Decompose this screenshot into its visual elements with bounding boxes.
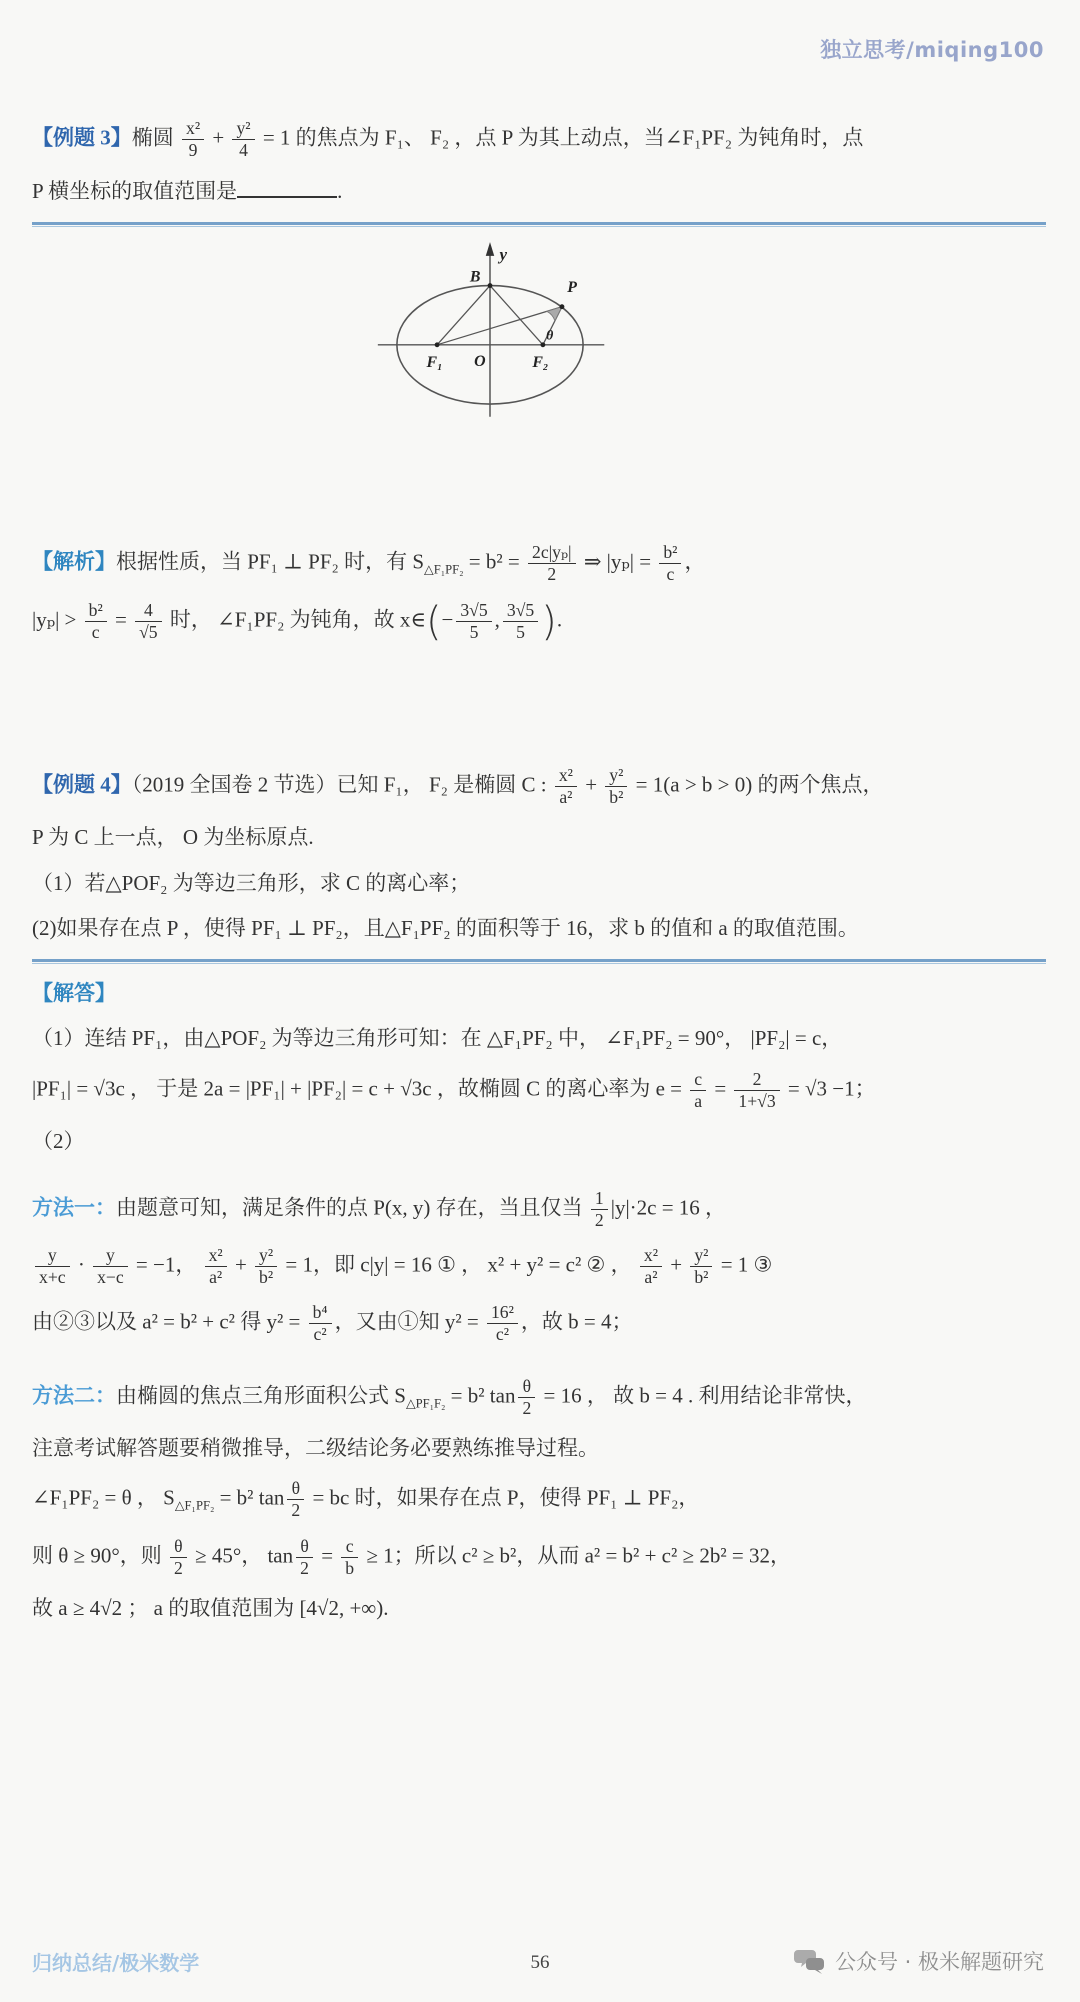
text-run: 时， ∠F₁PF₂ 为钝角，故 x∈ xyxy=(165,607,426,631)
text-run: ⇒ |yₚ| = xyxy=(579,550,657,574)
text-run: 由题意可知，满足条件的点 P(x, y) 存在，当且仅当 xyxy=(116,1195,588,1219)
text-run: = bc 时，如果存在点 P，使得 PF₁ ⊥ PF₂， xyxy=(307,1486,699,1510)
content-line: 【解析】根据性质，当 PF₁ ⊥ PF₂ 时，有 S△F₁PF₂ = b² = … xyxy=(32,542,1046,585)
text-run: = xyxy=(110,607,132,631)
figure-label-F2: F₂ xyxy=(531,354,548,371)
text-run: ， xyxy=(684,550,705,574)
text-run: 由②③以及 a² = b² + c² 得 y² = xyxy=(32,1310,306,1334)
text-run: P 横坐标的取值范围是 xyxy=(32,179,237,203)
content-line: |PF₁| = √3c ， 于是 2a = |PF₁| + |PF₂| = c … xyxy=(32,1069,1046,1112)
text-run: ≥ 45°， tan xyxy=(190,1543,293,1567)
fraction: y²4 xyxy=(232,118,254,161)
point-B xyxy=(488,283,493,288)
analysis3-block: 【解析】根据性质，当 PF₁ ⊥ PF₂ 时，有 S△F₁PF₂ = b² = … xyxy=(32,542,1046,643)
text-run: 由椭圆的焦点三角形面积公式 S xyxy=(116,1383,406,1407)
text-run: 故 a ≥ 4√2 ； a 的取值范围为 [4√2, +∞). xyxy=(32,1596,389,1620)
text-run: − xyxy=(442,607,454,631)
subscript: △F₁PF₂ xyxy=(424,563,463,577)
content-line: 则 θ ≥ 90°，则 θ2 ≥ 45°， tanθ2 = cb ≥ 1；所以 … xyxy=(32,1536,1046,1579)
text-run: |yₚ| > xyxy=(32,607,82,631)
text-run: ≥ 1；所以 c² ≥ b²，从而 a² = b² + c² ≥ 2b² = 3… xyxy=(361,1543,791,1567)
fraction: 2c|yₚ|2 xyxy=(528,542,576,585)
content-line: P 横坐标的取值范围是. xyxy=(32,175,1046,208)
point-F1 xyxy=(435,342,440,347)
fraction: θ2 xyxy=(170,1536,187,1579)
figure-label-theta: θ xyxy=(546,327,553,342)
text-run: = 16 ， 故 b = 4 . 利用结论非常快， xyxy=(538,1383,866,1407)
section-label: 【解答】 xyxy=(32,981,116,1005)
content-line: （2） xyxy=(32,1126,1046,1158)
text-run: ∠F₁PF₂ = θ ， S xyxy=(32,1486,175,1510)
fraction: yx+c xyxy=(35,1245,70,1288)
text-run: + xyxy=(665,1252,687,1276)
text-run: , xyxy=(495,607,500,631)
fraction: 21+√3 xyxy=(734,1069,779,1112)
text-run: = b² tan xyxy=(445,1383,515,1407)
content-line: 【例题 3】椭圆 x²9 + y²4 = 1 的焦点为 F₁、 F₂ ，点 P … xyxy=(32,118,1046,161)
content-line: 方法一：由题意可知，满足条件的点 P(x, y) 存在，当且仅当 12|y|·2… xyxy=(32,1188,1046,1231)
content-line: yx+c · yx−c = −1， x²a² + y²b² = 1，即 c|y|… xyxy=(32,1245,1046,1288)
brand-watermark: 独立思考/miqing100 xyxy=(820,34,1044,64)
content-line: ∠F₁PF₂ = θ ， S△F₁PF₂ = b² tanθ2 = bc 时，如… xyxy=(32,1478,1046,1521)
text-run: 注意考试解答题要稍微推导，二级结论务必要熟练推导过程。 xyxy=(32,1436,599,1460)
fraction: 16²c² xyxy=(487,1302,518,1345)
text-run: 则 θ ≥ 90°，则 xyxy=(32,1543,167,1567)
content-line: （1）若△POF₂ 为等边三角形，求 C 的离心率； xyxy=(32,868,1046,900)
method1-block: 方法一：由题意可知，满足条件的点 P(x, y) 存在，当且仅当 12|y|·2… xyxy=(32,1188,1046,1346)
text-run: + xyxy=(230,1252,252,1276)
fraction: b²c xyxy=(85,600,107,643)
text-run: · xyxy=(73,1252,91,1276)
text-run: = xyxy=(316,1543,338,1567)
text-run: = b² = xyxy=(464,550,525,574)
document-body: 【例题 3】椭圆 x²9 + y²4 = 1 的焦点为 F₁、 F₂ ，点 P … xyxy=(32,104,1046,1638)
text-run: (2)如果存在点 P ，使得 PF₁ ⊥ PF₂，且△F₁PF₂ 的面积等于 1… xyxy=(32,916,859,940)
ellipse-figure: y B P θ F₁ O F₂ xyxy=(362,239,622,431)
fraction: y²b² xyxy=(605,765,627,808)
fraction: θ2 xyxy=(287,1478,304,1521)
content-line: 故 a ≥ 4√2 ； a 的取值范围为 [4√2, +∞). xyxy=(32,1593,1046,1625)
angle-wedge xyxy=(547,307,562,321)
text-run: = 1 ③ xyxy=(715,1252,772,1276)
segment-PF1 xyxy=(437,307,562,345)
text-run: = 1 的焦点为 F₁、 F₂ ，点 P 为其上动点，当∠F₁PF₂ 为钝角时，… xyxy=(258,125,864,149)
section-label: 方法一： xyxy=(32,1195,116,1219)
text-run: = −1， xyxy=(131,1252,202,1276)
figure-label-F1: F₁ xyxy=(426,354,443,371)
text-run: ，又由①知 y² = xyxy=(335,1310,484,1334)
figure-label-B: B xyxy=(469,268,481,285)
section-label: 方法二： xyxy=(32,1383,116,1407)
section-divider xyxy=(32,222,1046,227)
text-run: |PF₁| = √3c ， 于是 2a = |PF₁| + |PF₂| = c … xyxy=(32,1076,687,1100)
content-line: P 为 C 上一点， O 为坐标原点. xyxy=(32,822,1046,854)
text-run: 根据性质，当 PF₁ ⊥ PF₂ 时，有 S xyxy=(116,550,424,574)
big-paren: ( xyxy=(426,599,442,645)
content-line: |yₚ| > b²c = 4√5 时， ∠F₁PF₂ 为钝角，故 x∈(−3√5… xyxy=(32,600,1046,643)
text-run: P 为 C 上一点， O 为坐标原点. xyxy=(32,825,314,849)
text-run: （1）连结 PF₁，由△POF₂ 为等边三角形可知：在 △F₁PF₂ 中， ∠F… xyxy=(32,1026,842,1050)
text-run: 椭圆 xyxy=(132,125,179,149)
section-label: 【解析】 xyxy=(32,550,116,574)
text-run: |y|·2c = 16 ， xyxy=(611,1195,726,1219)
fraction: x²a² xyxy=(640,1245,662,1288)
big-paren: ) xyxy=(541,599,557,645)
section-label: 【例题 3】 xyxy=(32,125,132,149)
y-axis-arrow xyxy=(486,242,494,256)
figure-label-y: y xyxy=(498,245,508,264)
point-P xyxy=(560,304,565,309)
text-run: （2019 全国卷 2 节选）已知 F₁， F₂ 是椭圆 C : xyxy=(132,772,552,796)
solution4-block: 【解答】（1）连结 PF₁，由△POF₂ 为等边三角形可知：在 △F₁PF₂ 中… xyxy=(32,978,1046,1158)
section-divider xyxy=(32,959,1046,964)
fraction: θ2 xyxy=(518,1376,535,1419)
fraction: x²9 xyxy=(182,118,204,161)
example3-block: 【例题 3】椭圆 x²9 + y²4 = 1 的焦点为 F₁、 F₂ ，点 P … xyxy=(32,118,1046,208)
fraction: cb xyxy=(341,1536,358,1579)
content-line: 注意考试解答题要稍微推导，二级结论务必要熟练推导过程。 xyxy=(32,1433,1046,1465)
fraction: y²b² xyxy=(255,1245,277,1288)
footer-account: 公众号 · 极米解题研究 xyxy=(794,1946,1044,1976)
fraction: 3√55 xyxy=(456,600,491,643)
method2-block: 方法二：由椭圆的焦点三角形面积公式 S△PF₁F₂ = b² tanθ2 = 1… xyxy=(32,1376,1046,1625)
text-run: （2） xyxy=(32,1129,85,1153)
footer-account-label: 公众号 · 极米解题研究 xyxy=(835,1946,1044,1976)
segment-BF1 xyxy=(437,285,490,344)
content-line: (2)如果存在点 P ，使得 PF₁ ⊥ PF₂，且△F₁PF₂ 的面积等于 1… xyxy=(32,913,1046,945)
text-run: = b² tan xyxy=(214,1486,284,1510)
section-label: 【例题 4】 xyxy=(32,772,132,796)
content-line: 方法二：由椭圆的焦点三角形面积公式 S△PF₁F₂ = b² tanθ2 = 1… xyxy=(32,1376,1046,1419)
figure-label-O: O xyxy=(474,353,485,370)
text-run: ，故 b = 4； xyxy=(521,1310,633,1334)
content-line: （1）连结 PF₁，由△POF₂ 为等边三角形可知：在 △F₁PF₂ 中， ∠F… xyxy=(32,1023,1046,1055)
answer-blank xyxy=(237,175,337,198)
fraction: yx−c xyxy=(93,1245,128,1288)
text-run: . xyxy=(337,179,342,203)
fraction: x²a² xyxy=(555,765,577,808)
text-run: = 1(a > b > 0) 的两个焦点， xyxy=(630,772,883,796)
text-run: . xyxy=(557,607,562,631)
text-run: = 1，即 c|y| = 16 ① ， x² + y² = c² ② ， xyxy=(280,1252,637,1276)
example4-block: 【例题 4】（2019 全国卷 2 节选）已知 F₁， F₂ 是椭圆 C : x… xyxy=(32,765,1046,945)
fraction: 3√55 xyxy=(503,600,538,643)
text-run: = √3 −1； xyxy=(783,1076,876,1100)
fraction: x²a² xyxy=(205,1245,227,1288)
fraction: 12 xyxy=(591,1188,608,1231)
page-footer: 归纳总结/极米数学 56 公众号 · 极米解题研究 xyxy=(0,1942,1080,1976)
subscript: △PF₁F₂ xyxy=(406,1396,445,1410)
fraction: b⁴c² xyxy=(309,1302,332,1345)
chat-bubbles-icon xyxy=(794,1948,826,1974)
figure-label-P: P xyxy=(567,279,577,296)
subscript: △F₁PF₂ xyxy=(175,1499,214,1513)
content-line: 【解答】 xyxy=(32,978,1046,1010)
content-line: 由②③以及 a² = b² + c² 得 y² = b⁴c²，又由①知 y² =… xyxy=(32,1302,1046,1345)
content-line: 【例题 4】（2019 全国卷 2 节选）已知 F₁， F₂ 是椭圆 C : x… xyxy=(32,765,1046,808)
ellipse-figure-svg: y B P θ F₁ O F₂ xyxy=(362,239,618,421)
fraction: b²c xyxy=(659,542,681,585)
text-run: + xyxy=(207,125,229,149)
point-F2 xyxy=(540,342,545,347)
text-run: （1）若△POF₂ 为等边三角形，求 C 的离心率； xyxy=(32,871,470,895)
fraction: y²b² xyxy=(690,1245,712,1288)
text-run: + xyxy=(580,772,602,796)
fraction: 4√5 xyxy=(135,600,162,643)
fraction: θ2 xyxy=(296,1536,313,1579)
text-run: = xyxy=(709,1076,731,1100)
fraction: ca xyxy=(690,1069,706,1112)
